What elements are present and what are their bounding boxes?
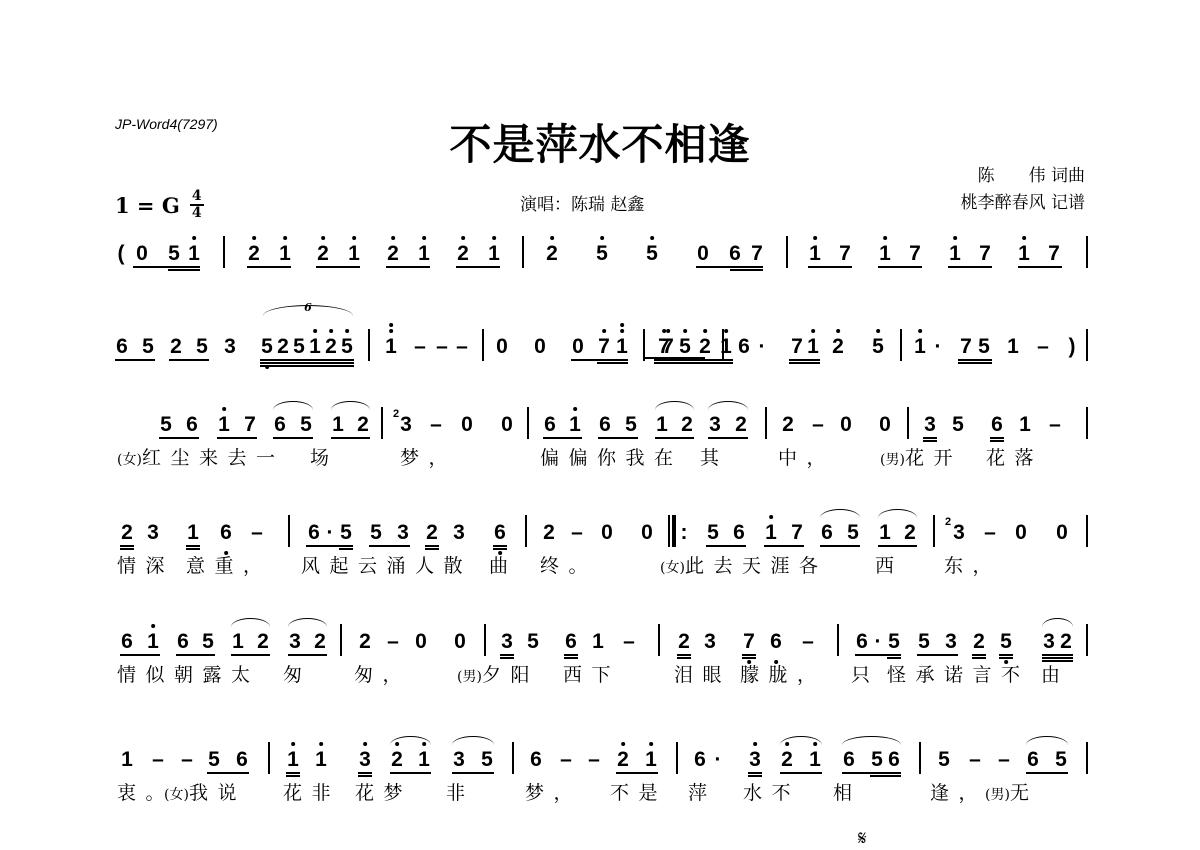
note: 1: [879, 521, 891, 545]
lyric: 花 落: [986, 443, 1034, 470]
octave-dot-high: [724, 329, 728, 333]
lyric-text: 相: [833, 782, 852, 804]
note: 5: [918, 630, 930, 654]
note: 1: [1019, 413, 1031, 437]
note: 5: [168, 242, 180, 266]
lyric: 萍: [688, 778, 707, 805]
beam-underline: [286, 775, 300, 777]
beam-underline: [748, 772, 762, 774]
note: 2: [426, 521, 438, 545]
note: 0: [840, 413, 852, 437]
lyric: 朦 胧 ，: [740, 660, 816, 687]
lyric-text: 意 重 ，: [186, 555, 262, 577]
note: 7: [658, 335, 670, 359]
beam-underline: [456, 266, 500, 268]
note: 0: [461, 413, 473, 437]
lyric: 由: [1041, 660, 1060, 687]
note: 1: [765, 521, 777, 545]
octave-dot-high: [321, 236, 325, 240]
note: 1: [616, 335, 628, 359]
beam-underline: [842, 772, 901, 774]
slur-tie: [820, 509, 860, 518]
note: 1: [187, 521, 199, 545]
note: 2: [546, 242, 558, 266]
octave-dot-high: [352, 236, 356, 240]
note: 1: [279, 242, 291, 266]
beam-underline: [288, 654, 327, 656]
lyricist-composer-role: 词曲: [1051, 166, 1085, 186]
octave-dot-high: [662, 329, 666, 333]
note: 0: [454, 630, 466, 654]
note: 2: [359, 630, 371, 654]
lyric: 西 下: [563, 660, 611, 687]
beam-underline: [616, 772, 658, 774]
beam-underline: [878, 266, 922, 268]
barline: [268, 742, 270, 774]
note: ·: [715, 748, 722, 772]
beam-underline: [120, 545, 134, 547]
lyric-text: 由: [1041, 664, 1060, 686]
lyric-text: 匆 ，: [354, 664, 402, 686]
lyric-text: 夕 阳: [482, 664, 530, 686]
note: 5: [208, 748, 220, 772]
note: 0: [1056, 521, 1068, 545]
note: 5: [679, 335, 691, 359]
note: 5: [527, 630, 539, 654]
slur-tie: [452, 736, 494, 745]
note: 0: [697, 242, 709, 266]
lyric: 西: [875, 551, 894, 578]
slur-tie: [390, 736, 431, 745]
note: 5: [888, 630, 900, 654]
barline: [1086, 329, 1088, 361]
beam-underline: [358, 775, 372, 777]
note: 1: [348, 242, 360, 266]
note: 1: [807, 335, 819, 359]
note: 1: [914, 335, 926, 359]
beam-underline: [808, 266, 852, 268]
score-line: 616512322–003561–2376–6·5532532情 似 朝 露 太…: [0, 630, 1200, 690]
beam-underline: [999, 657, 1013, 659]
barline: [223, 236, 225, 268]
note: 6: [530, 748, 542, 772]
lyric-text: 中 ，: [778, 447, 826, 469]
note: 5: [1000, 630, 1012, 654]
slur-tie: [1026, 736, 1068, 745]
beam-underline: [999, 654, 1013, 656]
barline: [676, 742, 678, 774]
lyric-text: 风 起 云 涌 人 散: [301, 555, 463, 577]
barline: [522, 236, 524, 268]
note: –: [430, 413, 442, 437]
note: 3: [1043, 630, 1055, 654]
beam-underline: [730, 269, 763, 271]
beam-underline: [260, 359, 354, 361]
lyric: 花 梦: [355, 778, 403, 805]
lyric-text: 此 去 天 涯 各: [685, 555, 818, 577]
note: ): [1069, 335, 1076, 359]
beam-underline: [115, 359, 155, 361]
lyric-text: 情 似 朝 露 太: [117, 664, 250, 686]
note: 5: [1055, 748, 1067, 772]
octave-dot-high: [683, 329, 687, 333]
slur-tie: [708, 401, 748, 410]
note: 0: [641, 521, 653, 545]
note: 1: [645, 748, 657, 772]
lyric-text: 偏 偏 你 我 在: [540, 447, 673, 469]
octave-dot-high: [811, 329, 815, 333]
beam-underline: [654, 362, 733, 364]
beam-underline: [923, 440, 937, 442]
lyric: 相: [833, 778, 852, 805]
octave-dot-high: [650, 236, 654, 240]
barline: [482, 329, 484, 361]
lyric: 匆: [283, 660, 302, 687]
lyric: (女)红 尘 来 去 一: [117, 443, 275, 470]
note: 1: [879, 242, 891, 266]
note: –: [251, 521, 263, 545]
note: 5: [481, 748, 493, 772]
octave-dot-high: [953, 236, 957, 240]
barline: [512, 742, 514, 774]
score-line: 561765123–00616512322–003561–2(女)红 尘 来 去…: [0, 413, 1200, 473]
note: 5: [625, 413, 637, 437]
barline: [900, 329, 902, 361]
note: 1: [656, 413, 668, 437]
note: 1: [418, 242, 430, 266]
note: 5: [142, 335, 154, 359]
beam-underline: [597, 362, 628, 364]
barline: [527, 407, 529, 439]
octave-dot-high: [252, 236, 256, 240]
beam-underline: [331, 437, 370, 439]
beam-underline: [231, 654, 270, 656]
note: 0: [1015, 521, 1027, 545]
note: 3: [945, 630, 957, 654]
note: 2: [543, 521, 555, 545]
barline: [1086, 624, 1088, 656]
slur-tie: [231, 618, 270, 627]
beam-underline: [493, 545, 507, 547]
lyric: 其: [700, 443, 719, 470]
note: 7: [839, 242, 851, 266]
barline: [1086, 236, 1088, 268]
beam-underline: [598, 437, 638, 439]
score-line: 652535251251–––00071775216·71251·751–)6: [0, 335, 1200, 395]
note: 7: [1048, 242, 1060, 266]
note: 7: [979, 242, 991, 266]
beam-underline: [696, 266, 763, 268]
note: 1: [418, 748, 430, 772]
beam-underline: [748, 775, 762, 777]
beam-underline: [452, 772, 494, 774]
note: 6: [694, 748, 706, 772]
note: 5: [978, 335, 990, 359]
note: 6: [888, 748, 900, 772]
barline: [837, 624, 839, 656]
lyric-text: 泪 眼: [674, 664, 722, 686]
octave-dot-high: [313, 329, 317, 333]
lyric: (男)花 开: [880, 443, 952, 470]
note: 3: [147, 521, 159, 545]
lyric: 非: [446, 778, 465, 805]
singer-role: (女): [117, 452, 142, 468]
grace-note: 2: [393, 408, 399, 420]
lyric-text: 衷 。: [117, 782, 165, 804]
note: 2: [832, 335, 844, 359]
slur-tie: [288, 618, 327, 627]
note: 0: [534, 335, 546, 359]
beam-underline: [186, 545, 200, 547]
beam-underline: [273, 437, 313, 439]
barline: [381, 407, 383, 439]
octave-dot-high: [283, 236, 287, 240]
note: –: [1037, 335, 1049, 359]
note: 1: [232, 630, 244, 654]
note: 1: [809, 748, 821, 772]
singers-credit: 演唱：陈瑞 赵鑫: [520, 190, 644, 215]
barline: [484, 624, 486, 656]
note: 3: [289, 630, 301, 654]
time-signature-top: 4: [192, 190, 202, 203]
octave-dot-high: [836, 329, 840, 333]
lyric: 水 不: [743, 778, 791, 805]
lyric: 终 。: [540, 551, 588, 578]
note: 5: [596, 242, 608, 266]
beam-underline: [706, 545, 746, 547]
note: 2: [781, 748, 793, 772]
score-line: (0512121212125506717171717: [0, 242, 1200, 302]
beam-underline: [870, 775, 901, 777]
note: 5: [341, 335, 353, 359]
note: –: [998, 748, 1010, 772]
lyric: 情 深: [117, 551, 165, 578]
beam-underline: [677, 657, 691, 659]
slur-tie: [331, 401, 370, 410]
note: 2: [782, 413, 794, 437]
note: 0: [879, 413, 891, 437]
beam-underline: [339, 548, 353, 550]
beam-underline: [855, 654, 901, 656]
beam-underline: [186, 548, 200, 550]
note: 6: [565, 630, 577, 654]
note: 5: [160, 413, 172, 437]
note: 3: [453, 521, 465, 545]
note: ·: [935, 335, 942, 359]
lyric: (女)此 去 天 涯 各: [660, 551, 818, 578]
note: 6: [770, 630, 782, 654]
octave-dot-high: [918, 329, 922, 333]
beam-underline: [120, 548, 134, 550]
beam-underline: [207, 772, 249, 774]
note: 6: [599, 413, 611, 437]
octave-dot-high: [649, 742, 653, 746]
note: 2: [617, 748, 629, 772]
note: 5: [847, 521, 859, 545]
lyric-text: 花 梦: [355, 782, 403, 804]
note: 3: [953, 521, 965, 545]
note: –: [436, 335, 448, 359]
singer-role: (男): [880, 452, 905, 468]
barline: [288, 515, 290, 547]
note: –: [560, 748, 572, 772]
octave-dot-high: [192, 236, 196, 240]
lyric-text: 曲: [489, 555, 508, 577]
lyric-text: 花 非: [283, 782, 331, 804]
lyric-text: 终 。: [540, 555, 588, 577]
note: 1: [1018, 242, 1030, 266]
octave-dot-high: [769, 515, 773, 519]
tuplet-bracket: 6: [263, 305, 353, 316]
lyric: 逢 ，: [930, 778, 978, 805]
beam-underline: [168, 269, 200, 271]
slur-tie: [780, 736, 822, 745]
note: –: [152, 748, 164, 772]
slur-tie: [842, 736, 901, 745]
beam-underline: [780, 772, 822, 774]
beam-underline: [789, 359, 820, 361]
lyric-text: 非: [446, 782, 465, 804]
transcriber-role: 记谱: [1051, 193, 1085, 213]
lyric: (男)无: [985, 778, 1029, 805]
beam-underline: [564, 657, 578, 659]
barline: [658, 624, 660, 656]
repeat-thick-bar: [672, 515, 676, 547]
lyric-text: 东 ，: [944, 555, 992, 577]
note: 2: [170, 335, 182, 359]
lyric-text: 水 不: [743, 782, 791, 804]
note: –: [414, 335, 426, 359]
beam-underline: [764, 545, 804, 547]
barline: [340, 624, 342, 656]
octave-dot-high: [620, 329, 624, 333]
octave-dot-high: [389, 329, 393, 333]
octave-dot-high: [291, 742, 295, 746]
octave-dot-high: [573, 407, 577, 411]
note: –: [181, 748, 193, 772]
note: 2: [904, 521, 916, 545]
beam-underline: [369, 545, 410, 547]
note: 1: [569, 413, 581, 437]
lyric: 风 起 云 涌 人 散: [301, 551, 463, 578]
note: 7: [791, 335, 803, 359]
barline: [765, 407, 767, 439]
note: 6: [1027, 748, 1039, 772]
octave-dot-high: [363, 742, 367, 746]
beam-underline: [500, 657, 514, 659]
barline: [786, 236, 788, 268]
lyricist-composer-name: 陈 伟: [978, 166, 1046, 186]
slur-tie: [878, 509, 917, 518]
note: 3: [453, 748, 465, 772]
lyric-text: 梦 ，: [525, 782, 573, 804]
lyric-text: 梦 ，: [400, 447, 448, 469]
note: 5: [707, 521, 719, 545]
note: 3: [501, 630, 513, 654]
repeat-colon: :: [681, 521, 688, 545]
beam-underline: [887, 657, 901, 659]
octave-dot-high: [422, 236, 426, 240]
note: 3: [749, 748, 761, 772]
octave-dot-high: [753, 742, 757, 746]
lyric-text: 西: [875, 555, 894, 577]
note: 3: [397, 521, 409, 545]
lyric-text: 怪 承 诺 言 不: [887, 664, 1020, 686]
note: 6: [821, 521, 833, 545]
note: 3: [924, 413, 936, 437]
note: 6: [738, 335, 750, 359]
lyric: 情 似 朝 露 太: [117, 660, 250, 687]
singer-role: (女): [660, 560, 685, 576]
note: 2: [1060, 630, 1072, 654]
lyric-text: 西 下: [563, 664, 611, 686]
lyric: 衷 。: [117, 778, 165, 805]
note: 6: [116, 335, 128, 359]
note: 7: [960, 335, 972, 359]
lyric-text: 朦 胧 ，: [740, 664, 816, 686]
note: 7: [244, 413, 256, 437]
octave-dot-high: [666, 329, 670, 333]
beam-underline: [564, 654, 578, 656]
note: 1: [592, 630, 604, 654]
octave-dot-high: [492, 236, 496, 240]
lyric: 梦 ，: [525, 778, 573, 805]
note: 2: [357, 413, 369, 437]
lyric: 中 ，: [778, 443, 826, 470]
octave-dot-high: [813, 236, 817, 240]
note: 6: [220, 521, 232, 545]
note: 5: [646, 242, 658, 266]
note: 2: [391, 748, 403, 772]
beam-underline: [425, 545, 439, 547]
lyric-text: 萍: [688, 782, 707, 804]
lyric-text: 情 深: [117, 555, 165, 577]
note: 2: [314, 630, 326, 654]
note: 2: [681, 413, 693, 437]
beam-underline: [133, 266, 200, 268]
octave-dot-high: [883, 236, 887, 240]
lyric: (男)夕 阳: [457, 660, 529, 687]
beam-underline: [990, 437, 1004, 439]
note: 1: [385, 335, 397, 359]
note: 6: [494, 521, 506, 545]
beam-underline: [958, 362, 992, 364]
note: 0: [415, 630, 427, 654]
note: 3: [224, 335, 236, 359]
note: 1: [488, 242, 500, 266]
note: 2: [735, 413, 747, 437]
note: 1: [309, 335, 321, 359]
lyric: 意 重 ，: [186, 551, 262, 578]
note: 2: [699, 335, 711, 359]
note: 6: [856, 630, 868, 654]
credits-block: 陈 伟 词曲 桃李醉春风 记谱: [961, 163, 1085, 217]
singer-role: (女): [164, 787, 189, 803]
score-line: 2316–6·5532362–00561765123–00:2情 深意 重 ，风…: [0, 521, 1200, 581]
lyric: 花 非: [283, 778, 331, 805]
note: 6: [186, 413, 198, 437]
beam-underline: [500, 654, 514, 656]
transcriber-name: 桃李醉春风: [961, 193, 1046, 213]
beam-underline: [286, 772, 300, 774]
note: 7: [751, 242, 763, 266]
note: 1: [949, 242, 961, 266]
time-signature-bottom: 4: [192, 207, 202, 220]
note: ·: [327, 521, 334, 545]
note: 1: [1007, 335, 1019, 359]
note: –: [984, 521, 996, 545]
beam-underline: [1018, 266, 1062, 268]
